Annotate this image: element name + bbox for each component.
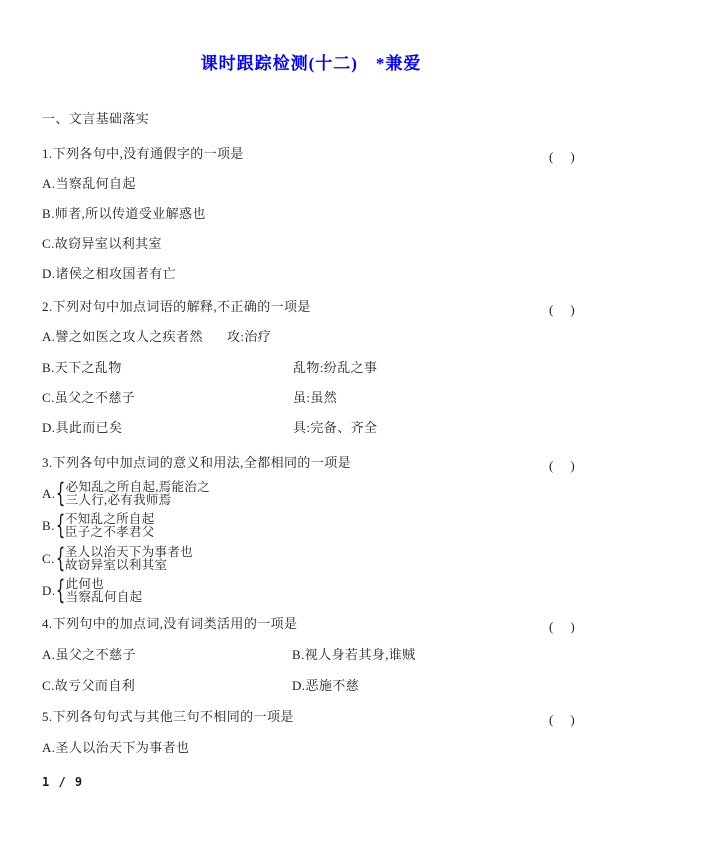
option-label: C.	[42, 236, 55, 251]
brace-icon: {	[56, 512, 65, 539]
q2-option-d: D.具此而已矣	[42, 420, 122, 435]
pair-line-2: 臣子之不孝君父	[65, 526, 155, 539]
option-text: 圣人以治天下为事者也	[55, 740, 189, 755]
question-number: 1.	[42, 146, 53, 161]
q3-option-b: B.{ 不知乱之所自起臣子之不孝君父	[42, 512, 155, 539]
q2-option-a: A.譬之如医之攻人之疾者然	[42, 329, 203, 344]
q2-option-b-gloss: 乱物:纷乱之事	[293, 360, 377, 375]
option-label: B.	[42, 518, 55, 534]
option-label: D.	[42, 583, 55, 599]
question-2-stem: 2.下列对句中加点词语的解释,不正确的一项是	[42, 299, 311, 314]
option-text: 恶施不慈	[305, 678, 359, 693]
option-label: B.	[42, 360, 55, 375]
option-label: A.	[42, 176, 55, 191]
page-title: 课时跟踪检测(十二) *兼爱	[0, 49, 622, 74]
q3-option-c: C.{ 圣人以治天下为事者也故窃异室以利其室	[42, 545, 193, 572]
option-label: C.	[42, 551, 55, 567]
question-number: 4.	[42, 616, 53, 631]
q1-option-a: A.当察乱何自起	[42, 176, 136, 191]
question-number: 5.	[42, 709, 53, 724]
option-text: 视人身若其身,谁贼	[305, 647, 416, 662]
option-label: C.	[42, 390, 55, 405]
option-text: 譬之如医之攻人之疾者然	[55, 329, 202, 344]
q2-option-b: B.天下之乱物	[42, 360, 122, 375]
answer-bracket: ( )	[549, 146, 577, 165]
q4-option-d: D.恶施不慈	[292, 678, 359, 693]
option-label: A.	[42, 740, 55, 755]
option-text: 虽父之不慈子	[55, 390, 135, 405]
question-4-stem: 4.下列句中的加点词,没有词类活用的一项是	[42, 616, 297, 631]
q5-option-a: A.圣人以治天下为事者也	[42, 740, 189, 755]
question-stem-text: 下列句中的加点词,没有词类活用的一项是	[53, 616, 298, 631]
question-stem-text: 下列对句中加点词语的解释,不正确的一项是	[53, 299, 311, 314]
section-heading: 一、文言基础落实	[42, 111, 149, 126]
answer-bracket: ( )	[549, 709, 577, 728]
pair-line-1: 此何也	[66, 578, 143, 591]
q2-option-a-gloss: 攻:治疗	[227, 329, 271, 344]
question-1-stem: 1.下列各句中,没有通假字的一项是	[42, 146, 244, 161]
answer-bracket: ( )	[549, 299, 577, 318]
option-label: D.	[42, 420, 55, 435]
pair-line-2: 当察乱何自起	[66, 591, 143, 604]
q1-option-d: D.诸侯之相攻国者有亡	[42, 266, 176, 281]
option-label: A.	[42, 486, 55, 502]
pair-line-1: 圣人以治天下为事者也	[65, 546, 193, 559]
option-text: 故窃异室以利其室	[55, 236, 162, 251]
option-label: D.	[42, 266, 55, 281]
option-text: 故亏父而自利	[55, 678, 135, 693]
option-label: A.	[42, 329, 55, 344]
option-label: B.	[292, 647, 305, 662]
question-5-stem: 5.下列各句句式与其他三句不相同的一项是	[42, 709, 294, 724]
q2-option-c-gloss: 虽:虽然	[293, 390, 337, 405]
option-label: B.	[42, 206, 55, 221]
q4-option-a: A.虽父之不慈子	[42, 647, 136, 662]
brace-icon: {	[56, 545, 65, 572]
answer-bracket: ( )	[549, 616, 577, 635]
option-label: C.	[42, 678, 55, 693]
option-text: 诸侯之相攻国者有亡	[55, 266, 176, 281]
pair-line-1: 不知乱之所自起	[65, 513, 155, 526]
option-text: 当察乱何自起	[55, 176, 135, 191]
question-stem-text: 下列各句中加点词的意义和用法,全都相同的一项是	[53, 455, 351, 470]
option-text: 虽父之不慈子	[55, 647, 135, 662]
option-text: 师者,所以传道受业解惑也	[55, 206, 206, 221]
question-number: 3.	[42, 455, 53, 470]
question-stem-text: 下列各句句式与其他三句不相同的一项是	[53, 709, 294, 724]
q3-option-a: A.{ 必知乱之所自起,焉能治之三人行,必有我师焉	[42, 480, 210, 507]
q1-option-b: B.师者,所以传道受业解惑也	[42, 206, 206, 221]
option-text: 天下之乱物	[55, 360, 122, 375]
question-stem-text: 下列各句中,没有通假字的一项是	[53, 146, 244, 161]
pair-line-2: 故窃异室以利其室	[65, 559, 193, 572]
q2-option-d-gloss: 具:完备、齐全	[293, 420, 377, 435]
q3-option-d: D.{ 此何也当察乱何自起	[42, 577, 142, 604]
q4-option-b: B.视人身若其身,谁贼	[292, 647, 416, 662]
q2-option-c: C.虽父之不慈子	[42, 390, 135, 405]
option-label: A.	[42, 647, 55, 662]
page-number: 1 / 9	[42, 775, 83, 789]
pair-line-2: 三人行,必有我师焉	[66, 494, 210, 507]
answer-bracket: ( )	[549, 455, 577, 474]
q1-option-c: C.故窃异室以利其室	[42, 236, 162, 251]
question-3-stem: 3.下列各句中加点词的意义和用法,全都相同的一项是	[42, 455, 351, 470]
pair-line-1: 必知乱之所自起,焉能治之	[66, 481, 210, 494]
question-number: 2.	[42, 299, 53, 314]
option-text: 具此而已矣	[55, 420, 122, 435]
brace-icon: {	[56, 480, 65, 507]
q4-option-c: C.故亏父而自利	[42, 678, 135, 693]
worksheet-page: 课时跟踪检测(十二) *兼爱 一、文言基础落实 1.下列各句中,没有通假字的一项…	[0, 0, 701, 842]
option-label: D.	[292, 678, 305, 693]
brace-icon: {	[56, 577, 65, 604]
